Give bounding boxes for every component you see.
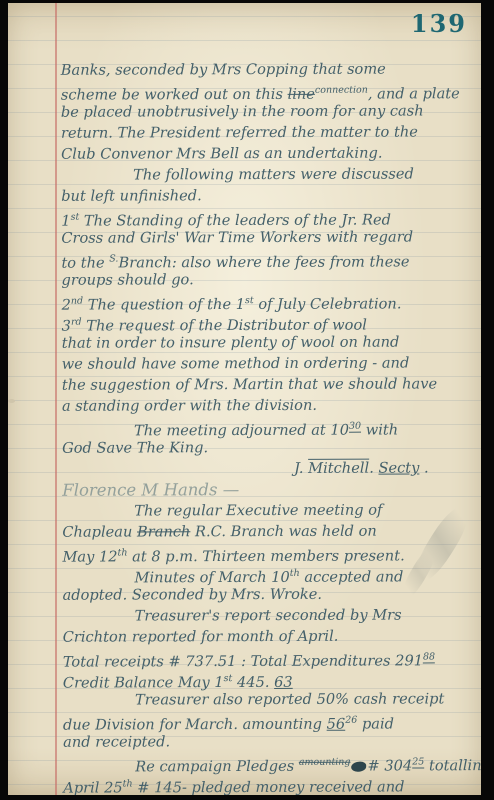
- handwriting-text: with: [361, 421, 398, 438]
- handwriting-line: Florence M Hands —: [62, 478, 477, 500]
- handwriting-line: J. Mitchell. Secty .: [62, 457, 477, 479]
- handwriting-line: Banks, seconded by Mrs Copping that some: [61, 58, 476, 80]
- handwriting-line: and receipted.: [63, 730, 478, 752]
- handwriting-text: # 145- pledged money received and: [133, 778, 405, 795]
- handwriting-text: Florence M Hands —: [62, 480, 239, 500]
- handwriting-line: The regular Executive meeting of: [62, 499, 477, 521]
- handwriting-line: due Division for March. amounting 5626 p…: [63, 709, 478, 731]
- handwriting-text: Cross and Girls' War Time Workers with r…: [61, 228, 413, 246]
- handwriting-line: a standing order with the division.: [62, 394, 477, 416]
- handwriting-line: Crichton reported for month of April.: [63, 625, 478, 647]
- handwriting-line: adopted. Seconded by Mrs. Wroke.: [63, 583, 478, 605]
- handwriting-line: Chapleau Branch R.C. Branch was held on: [62, 520, 477, 542]
- handwriting-text: Secty: [378, 459, 419, 476]
- handwriting-text: be placed unobtrusively in the room for …: [61, 102, 424, 120]
- paper: 139 Banks, seconded by Mrs Copping that …: [8, 3, 481, 795]
- handwriting-text: 25: [412, 756, 424, 768]
- handwriting-text: totalling up to: [424, 757, 481, 774]
- handwriting-line: return. The President referred the matte…: [61, 121, 476, 143]
- red-margin-line: [55, 3, 57, 795]
- handwriting-line: groups should go.: [61, 268, 476, 290]
- handwriting-text: and receipted.: [63, 733, 170, 750]
- handwriting-text: J.: [294, 460, 308, 477]
- handwriting-text: th: [123, 778, 133, 789]
- handwriting-text: we should have some method in ordering -…: [62, 355, 410, 373]
- handwriting-block: Banks, seconded by Mrs Copping that some…: [61, 58, 479, 794]
- handwriting-text: The regular Executive meeting of: [134, 502, 382, 520]
- handwriting-text: nd: [71, 296, 83, 307]
- handwriting-text: 30: [349, 421, 361, 433]
- handwriting-text: Club Convenor Mrs Bell as an undertaking…: [61, 145, 382, 163]
- handwriting-line: God Save The King.: [62, 436, 477, 458]
- handwriting-text: The following matters were discussed: [133, 165, 414, 183]
- handwriting-line: Credit Balance May 1st 445. 63: [63, 667, 478, 689]
- handwriting-text: May 12: [62, 548, 117, 565]
- handwriting-line: 1st The Standing of the leaders of the J…: [61, 205, 476, 227]
- handwriting-line: Treasurer also reported 50% cash receipt: [63, 688, 478, 710]
- handwriting-line: Total receipts # 737.51 : Total Expendit…: [63, 646, 478, 668]
- handwriting-text: 56: [327, 716, 346, 733]
- handwriting-text: Chapleau: [62, 523, 137, 540]
- handwriting-line: but left unfinished.: [61, 184, 476, 206]
- handwriting-text: st: [245, 295, 254, 306]
- paper-speck: [8, 399, 15, 403]
- handwriting-line: May 12th at 8 p.m. Thirteen members pres…: [62, 541, 477, 563]
- handwriting-text: paid: [357, 715, 394, 732]
- handwriting-text: .: [369, 460, 378, 477]
- handwriting-text: Branch: [137, 523, 190, 540]
- handwriting-line: April 25th # 145- pledged money received…: [63, 772, 478, 794]
- handwriting-text: Treasurer's report seconded by Mrs: [135, 607, 402, 625]
- handwriting-line: we should have some method in ordering -…: [62, 352, 477, 374]
- handwriting-line: be placed unobtrusively in the room for …: [61, 100, 476, 122]
- handwriting-text: April 25: [63, 779, 122, 795]
- handwriting-line: scheme be worked out on this lineconnect…: [61, 79, 476, 101]
- handwriting-line: Club Convenor Mrs Bell as an undertaking…: [61, 142, 476, 164]
- handwriting-line: to the S.Branch: also where the fees fro…: [61, 247, 476, 269]
- handwriting-line: The following matters were discussed: [61, 163, 476, 185]
- ink-blot: [351, 762, 366, 772]
- handwriting-text: a standing order with the division.: [62, 397, 317, 415]
- handwriting-text: the suggestion of Mrs. Martin that we sh…: [62, 375, 437, 393]
- handwriting-text: connection: [315, 85, 368, 96]
- handwriting-text: amounting: [299, 757, 351, 768]
- handwriting-text: 88: [423, 651, 435, 663]
- handwriting-line: Re campaign Pledges amounting# 30425 tot…: [63, 751, 478, 773]
- handwriting-line: that in order to insure plenty of wool o…: [62, 331, 477, 353]
- scanned-page: 139 Banks, seconded by Mrs Copping that …: [0, 0, 494, 800]
- handwriting-text: Banks, seconded by Mrs Copping that some: [61, 61, 386, 79]
- handwriting-line: Treasurer's report seconded by Mrs: [63, 604, 478, 626]
- handwriting-line: Minutes of March 10th accepted and: [62, 562, 477, 584]
- handwriting-line: the suggestion of Mrs. Martin that we sh…: [62, 373, 477, 395]
- handwriting-text: adopted. Seconded by Mrs. Wroke.: [63, 586, 322, 604]
- handwriting-text: Mitchell: [308, 460, 369, 477]
- handwriting-text: rd: [71, 317, 82, 328]
- handwriting-text: that in order to insure plenty of wool o…: [62, 334, 400, 352]
- handwriting-text: th: [118, 547, 128, 558]
- handwriting-text: groups should go.: [61, 271, 193, 288]
- handwriting-line: The meeting adjourned at 1030 with: [62, 415, 477, 437]
- handwriting-text: but left unfinished.: [61, 187, 202, 204]
- handwriting-text: th: [290, 568, 300, 579]
- handwriting-text: .: [419, 459, 428, 476]
- handwriting-text: Crichton reported for month of April.: [63, 628, 339, 646]
- handwriting-text: God Save The King.: [62, 439, 208, 457]
- handwriting-text: Treasurer also reported 50% cash receipt: [135, 690, 444, 708]
- handwriting-text: S.: [109, 254, 118, 265]
- handwriting-line: 3rd The request of the Distributor of wo…: [62, 310, 477, 332]
- handwriting-line: 2nd The question of the 1st of July Cele…: [62, 289, 477, 311]
- handwriting-text: return. The President referred the matte…: [61, 123, 418, 141]
- handwriting-line: Cross and Girls' War Time Workers with r…: [61, 226, 476, 248]
- handwriting-text: 26: [345, 715, 357, 726]
- page-number: 139: [411, 9, 467, 38]
- handwriting-text: R.C. Branch was held on: [190, 523, 376, 541]
- handwriting-text: st: [71, 212, 80, 223]
